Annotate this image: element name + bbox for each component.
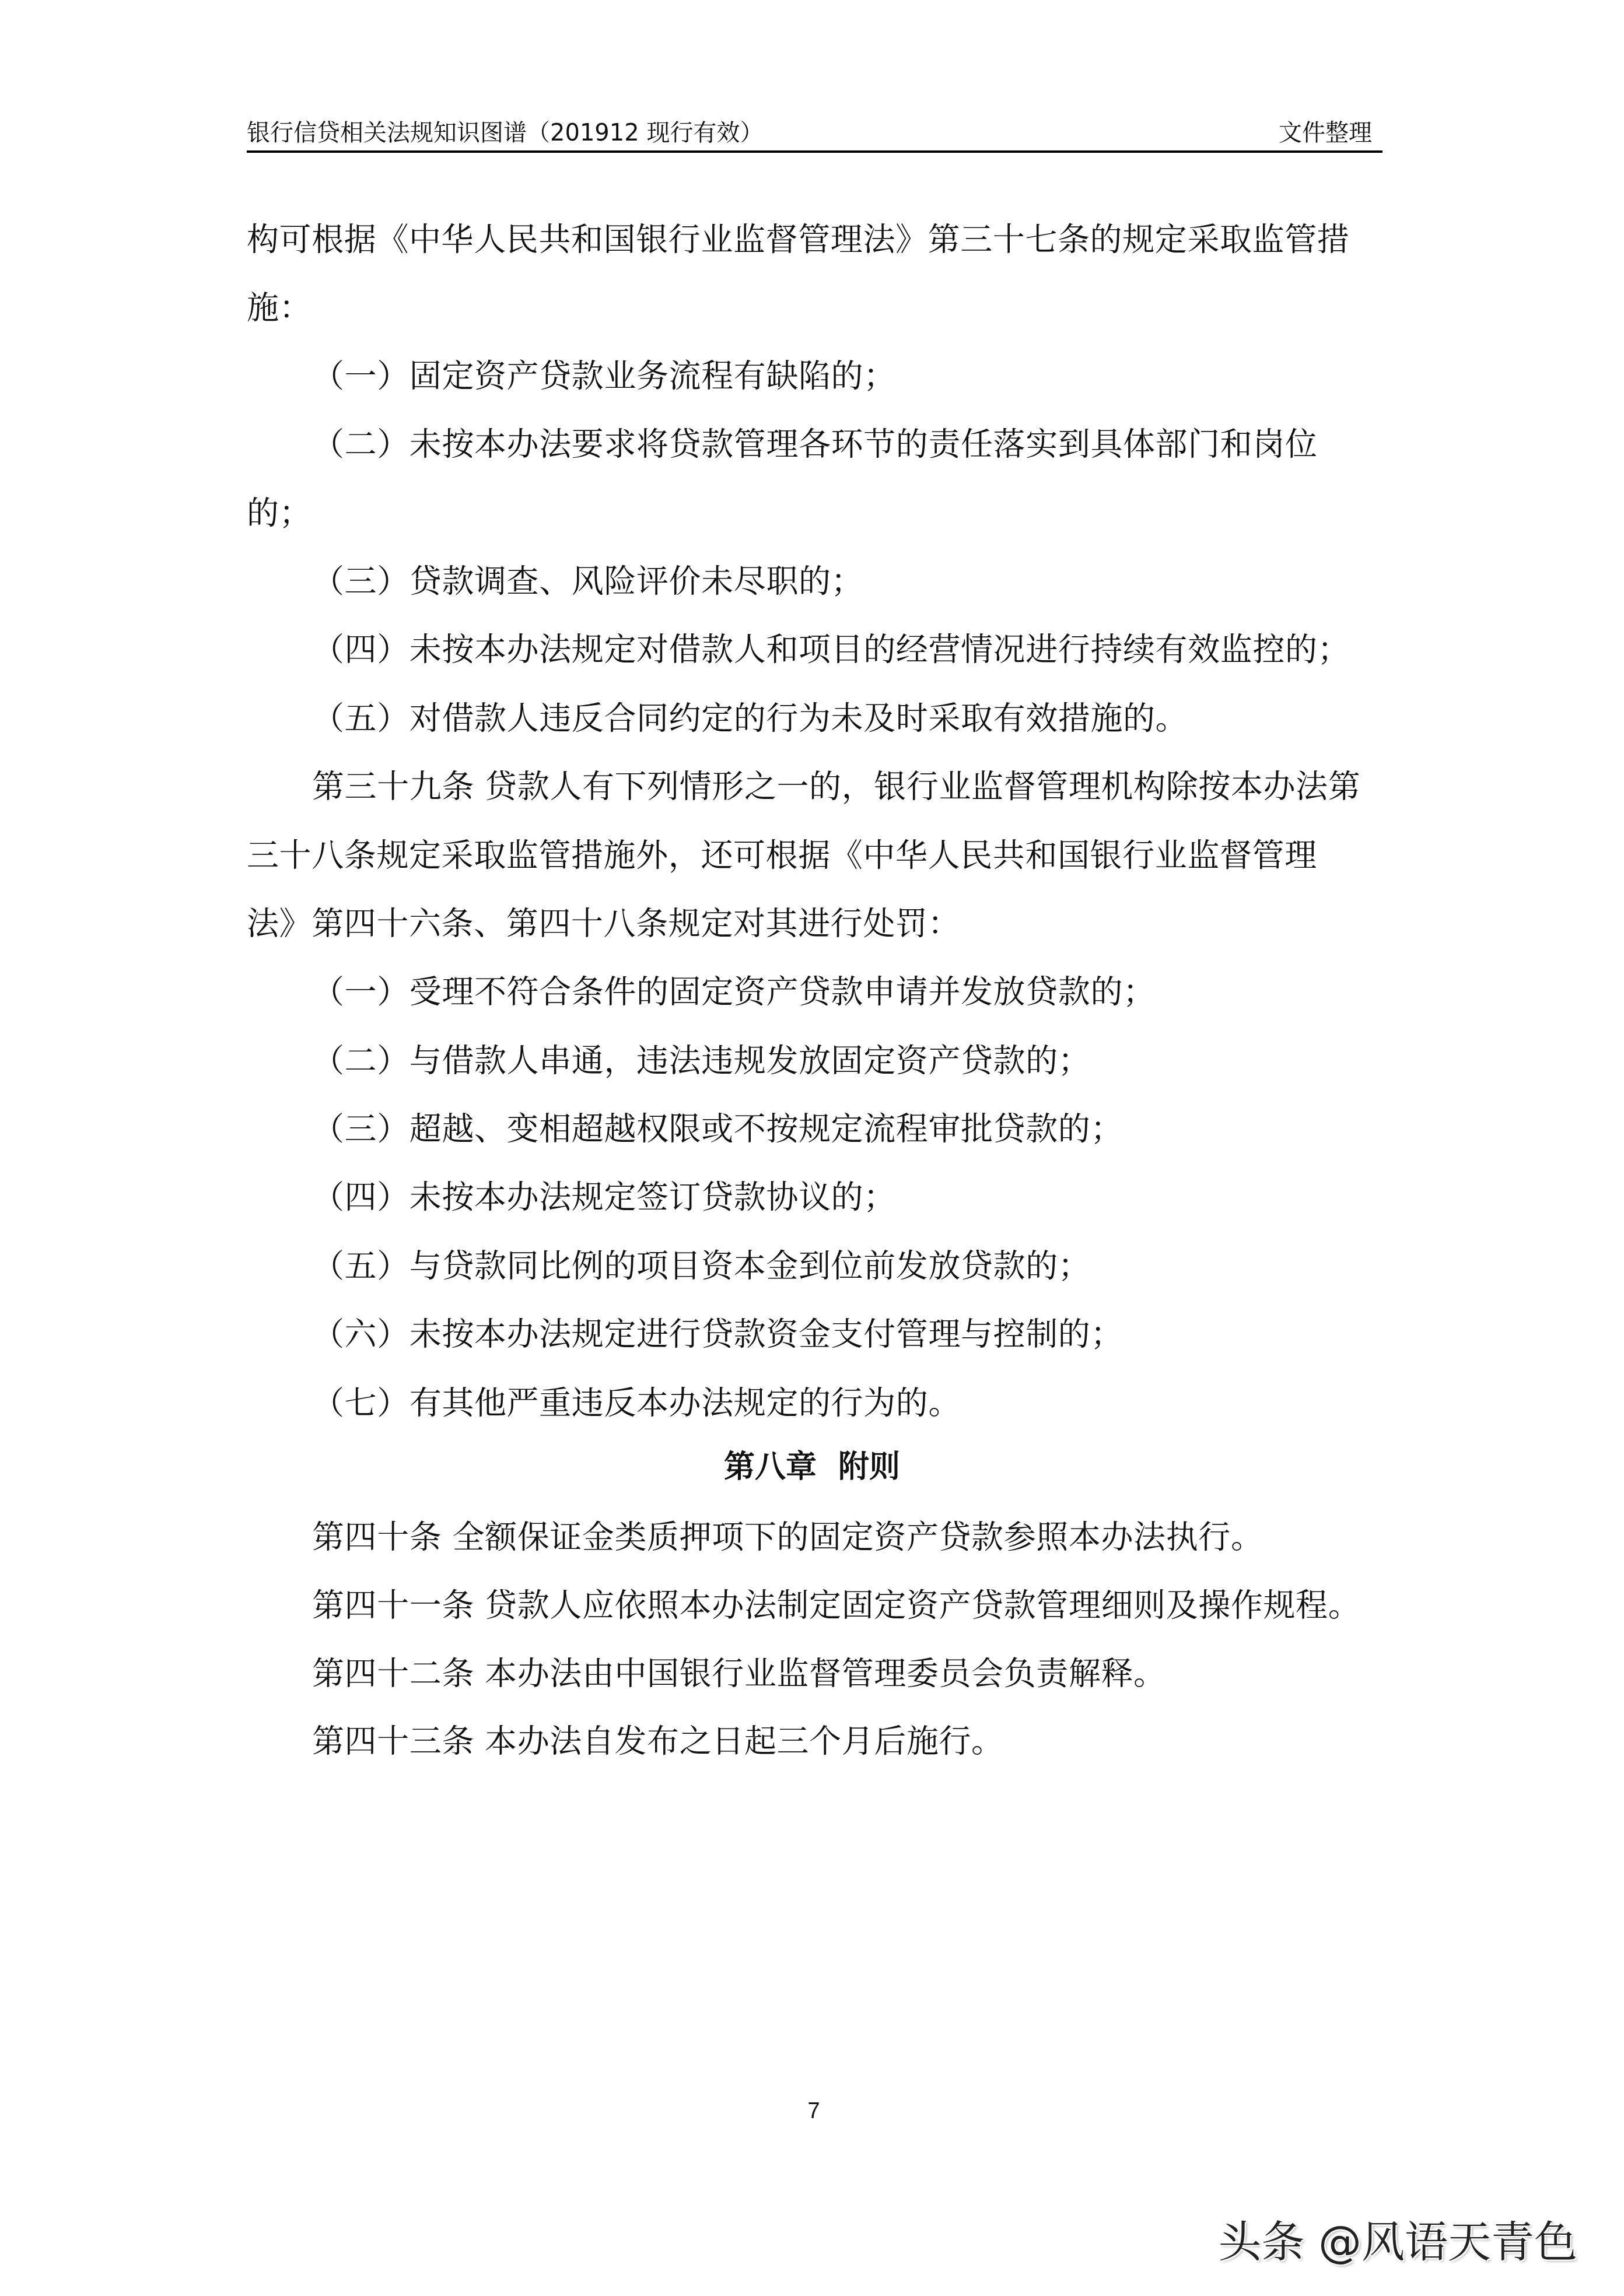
paragraph-line: 构可根据《中华人民共和国银行业监督管理法》第三十七条的规定采取监管措	[247, 222, 1349, 257]
list-item: （二）与借款人串通，违法违规发放固定资产贷款的；	[247, 1043, 1090, 1078]
list-item: （三）贷款调查、风险评价未尽职的；	[247, 563, 863, 598]
page-header: 银行信贷相关法规知识图谱（201912 现行有效） 文件整理	[247, 114, 1382, 153]
article-42: 第四十二条 本办法由中国银行业监督管理委员会负责解释。	[247, 1656, 1166, 1691]
list-item: （二）未按本办法要求将贷款管理各环节的责任落实到具体部门和岗位	[247, 426, 1318, 461]
paragraph-line: 的；	[247, 495, 311, 530]
list-item: （五）与贷款同比例的项目资本金到位前发放贷款的；	[247, 1248, 1090, 1283]
chapter-heading: 第八章 附则	[0, 1450, 1624, 1485]
page-number: 7	[799, 2097, 828, 2125]
list-item: （四）未按本办法规定对借款人和项目的经营情况进行持续有效监控的；	[247, 632, 1350, 667]
header-rule	[247, 150, 1382, 153]
article-43: 第四十三条 本办法自发布之日起三个月后施行。	[247, 1723, 1004, 1758]
paragraph-line: 施：	[247, 290, 311, 325]
paragraph-line: 三十八条规定采取监管措施外，还可根据《中华人民共和国银行业监督管理	[247, 837, 1317, 872]
list-item: （四）未按本办法规定签订贷款协议的；	[247, 1179, 896, 1214]
article-39: 第三十九条 贷款人有下列情形之一的，银行业监督管理机构除按本办法第	[247, 769, 1360, 804]
article-41: 第四十一条 贷款人应依照本办法制定固定资产贷款管理细则及操作规程。	[247, 1587, 1360, 1622]
header-title: 银行信贷相关法规知识图谱（201912 现行有效）	[247, 119, 763, 147]
header-right-label: 文件整理	[1279, 119, 1372, 147]
list-item: （一）受理不符合条件的固定资产贷款申请并发放贷款的；	[247, 974, 1156, 1009]
list-item: （一）固定资产贷款业务流程有缺陷的；	[247, 358, 896, 393]
watermark: 头条 @风语天青色	[1218, 2216, 1577, 2269]
list-item: （三）超越、变相超越权限或不按规定流程审批贷款的；	[247, 1111, 1123, 1146]
list-item: （七）有其他严重违反本办法规定的行为的。	[247, 1385, 961, 1420]
article-40: 第四十条 全额保证金类质押项下的固定资产贷款参照本办法执行。	[247, 1519, 1263, 1554]
list-item: （六）未按本办法规定进行贷款资金支付管理与控制的；	[247, 1316, 1123, 1351]
paragraph-line: 法》第四十六条、第四十八条规定对其进行处罚：	[247, 906, 960, 941]
list-item: （五）对借款人违反合同约定的行为未及时采取有效措施的。	[247, 700, 1188, 735]
